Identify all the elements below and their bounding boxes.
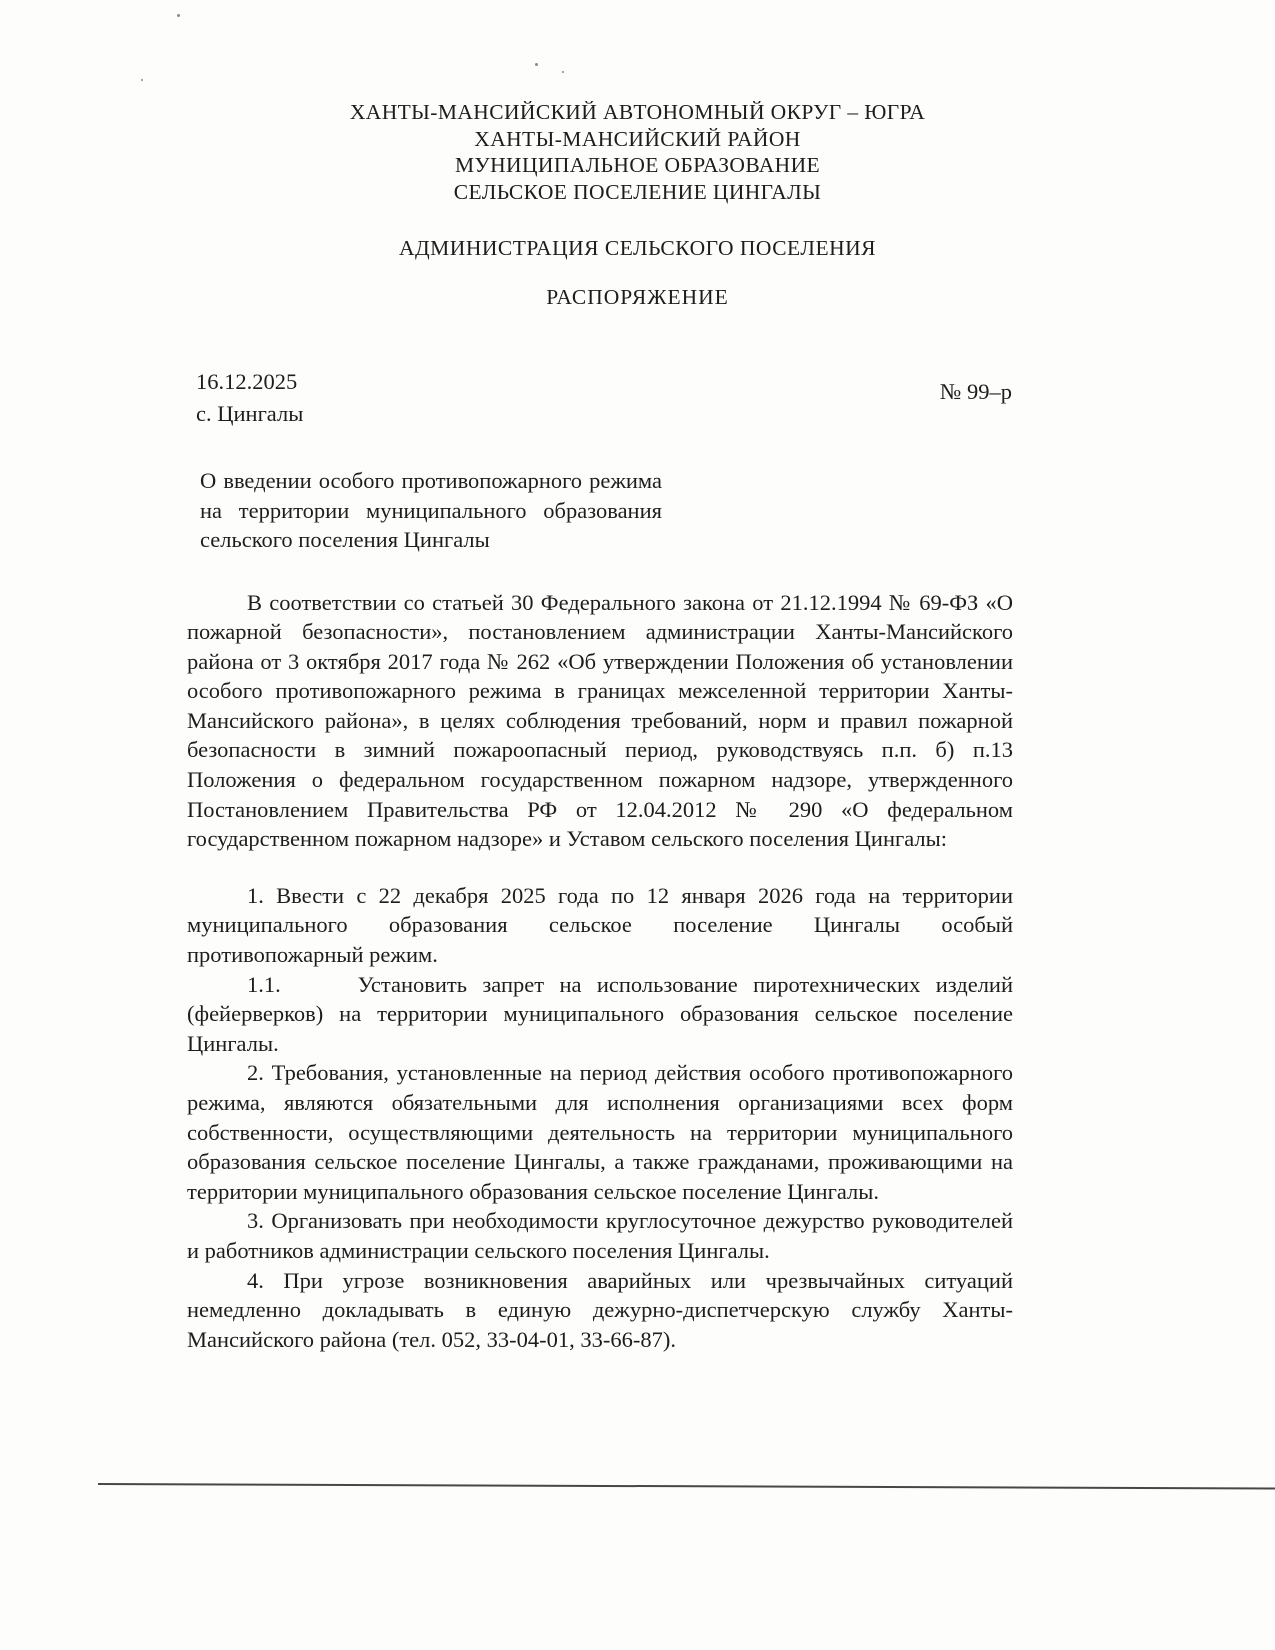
letterhead-line-municipality: МУНИЦИПАЛЬНОЕ ОБРАЗОВАНИЕ xyxy=(0,152,1275,179)
scan-speck xyxy=(562,71,564,73)
document-type-title: РАСПОРЯЖЕНИЕ xyxy=(0,285,1275,310)
document-date: 16.12.2025 xyxy=(196,366,303,398)
document-place: с. Цингалы xyxy=(196,398,303,430)
preamble-paragraph: В соответствии со статьей 30 Федеральног… xyxy=(187,588,1013,854)
document-number: № 99–р xyxy=(940,366,1012,408)
letterhead-line-district: ХАНТЫ-МАНСИЙСКИЙ РАЙОН xyxy=(0,126,1275,153)
horizontal-rule xyxy=(98,1483,1275,1490)
item-paragraph-1-1: 1.1. Установить запрет на использование … xyxy=(187,970,1013,1059)
organization-name: АДМИНИСТРАЦИЯ СЕЛЬСКОГО ПОСЕЛЕНИЯ xyxy=(0,236,1275,261)
letterhead-line-settlement: СЕЛЬСКОЕ ПОСЕЛЕНИЕ ЦИНГАЛЫ xyxy=(0,179,1275,206)
document-body: В соответствии со статьей 30 Федеральног… xyxy=(187,588,1013,1355)
document-letterhead: ХАНТЫ-МАНСИЙСКИЙ АВТОНОМНЫЙ ОКРУГ – ЮГРА… xyxy=(0,0,1275,205)
scan-speck xyxy=(535,63,538,66)
document-subject: О введении особого противопожарного режи… xyxy=(200,466,662,555)
document-meta-row: 16.12.2025 с. Цингалы № 99–р xyxy=(196,366,1012,430)
item-paragraph-1: 1. Ввести с 22 декабря 2025 года по 12 я… xyxy=(187,881,1013,970)
date-place-block: 16.12.2025 с. Цингалы xyxy=(196,366,303,430)
item-paragraph-2: 2. Требования, установленные на период д… xyxy=(187,1058,1013,1206)
scan-speck xyxy=(177,14,180,17)
letterhead-line-region: ХАНТЫ-МАНСИЙСКИЙ АВТОНОМНЫЙ ОКРУГ – ЮГРА xyxy=(0,99,1275,126)
scan-speck xyxy=(141,79,143,81)
scanned-document-page: ХАНТЫ-МАНСИЙСКИЙ АВТОНОМНЫЙ ОКРУГ – ЮГРА… xyxy=(0,0,1275,1650)
item-paragraph-3: 3. Организовать при необходимости кругло… xyxy=(187,1206,1013,1265)
item-paragraph-4: 4. При угрозе возникновения аварийных ил… xyxy=(187,1266,1013,1355)
